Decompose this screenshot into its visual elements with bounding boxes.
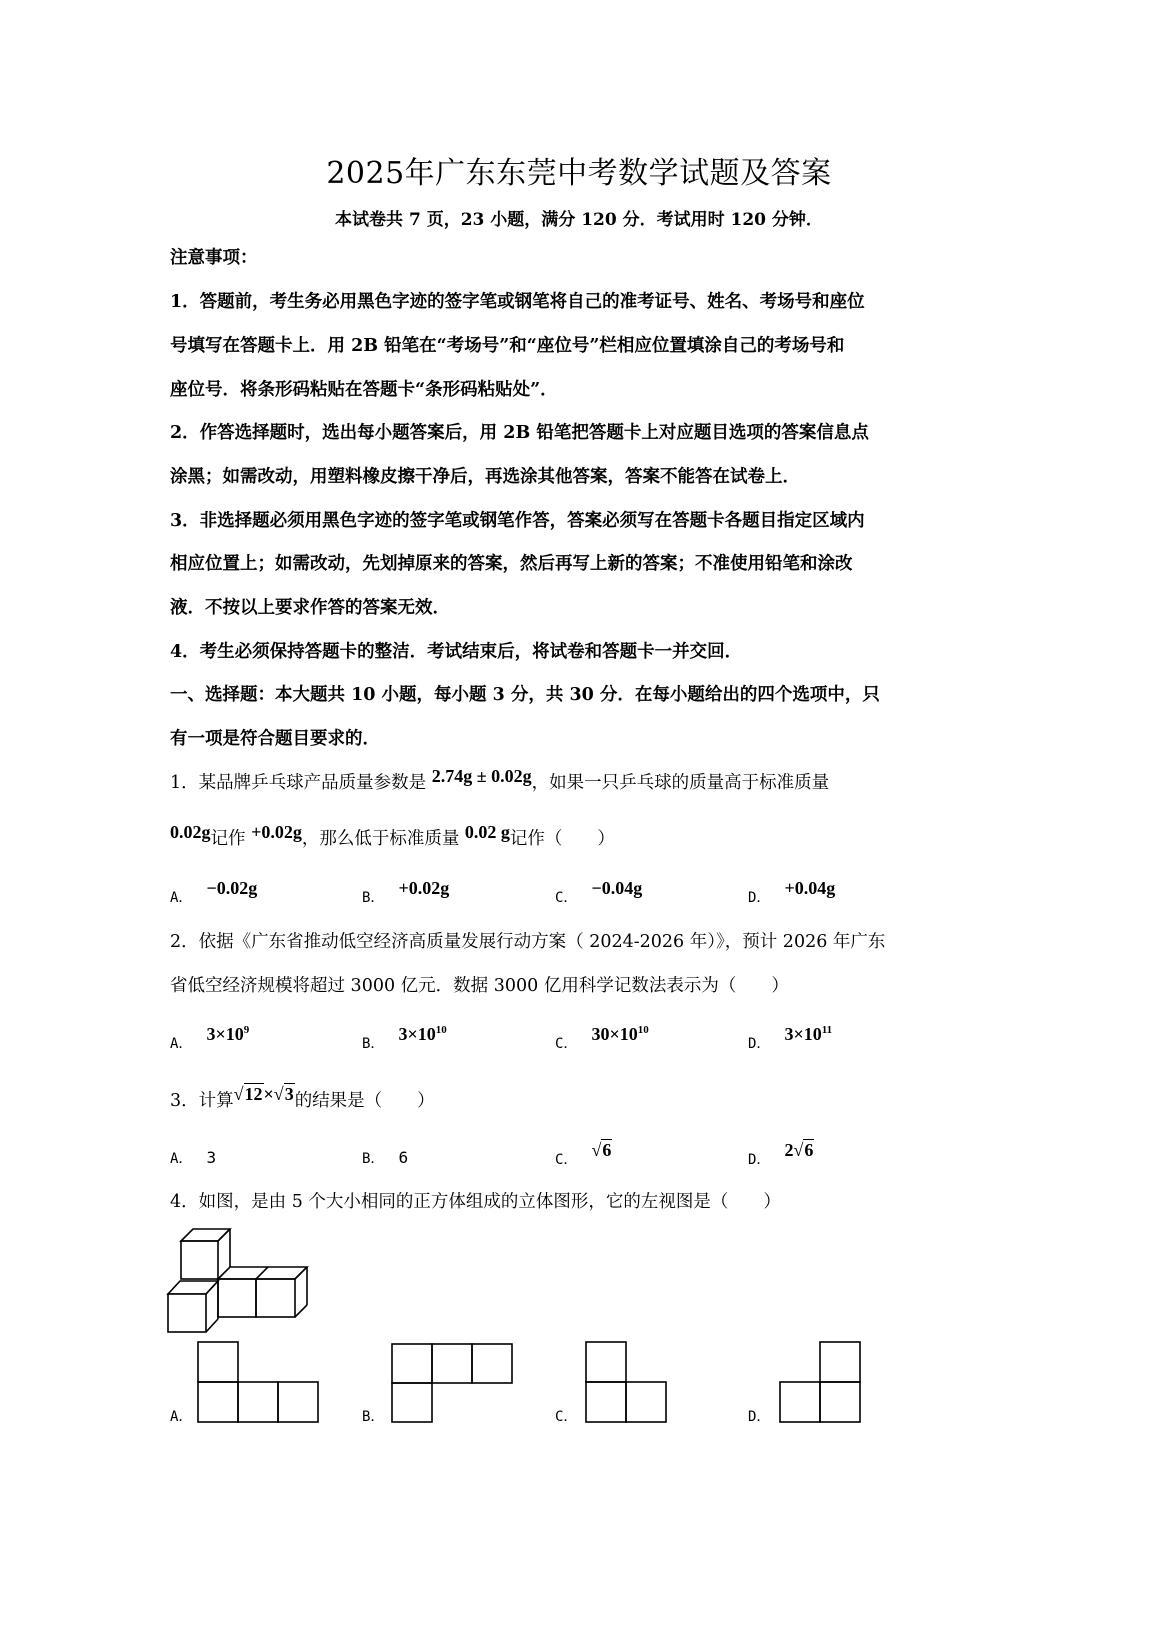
option-value: 2√6 xyxy=(784,1140,814,1160)
q4-option-d-figure xyxy=(778,1340,862,1424)
question-text: 某品牌乒乓球产品质量参数是 xyxy=(199,773,427,793)
option-value: √6 xyxy=(591,1140,612,1160)
question-number: 2． xyxy=(170,932,199,952)
option-value: 3 xyxy=(206,1148,216,1167)
option-value: 30×1010 xyxy=(591,1024,648,1044)
q2-option-c: C．30×1010 xyxy=(555,1032,649,1053)
question-number: 4． xyxy=(170,1192,199,1212)
option-label: C． xyxy=(555,1152,577,1168)
question-4: 4．如图，是由 5 个大小相同的正方体组成的立体图形，它的左视图是（ ） xyxy=(170,1190,781,1214)
option-label: A． xyxy=(170,1151,192,1167)
math-expression: 0.02 g xyxy=(465,822,510,842)
option-label: A． xyxy=(170,1036,192,1052)
q1-option-b: B．+0.02g xyxy=(362,886,449,907)
q3-option-d: D．2√6 xyxy=(748,1148,814,1169)
question-text: 记作（ ） xyxy=(510,829,615,849)
option-label: B． xyxy=(362,1409,384,1425)
option-label: D． xyxy=(748,1409,770,1425)
option-value: 3×1010 xyxy=(398,1024,446,1044)
q3-option-a: A．3 xyxy=(170,1148,216,1168)
option-value: +0.04g xyxy=(784,878,835,898)
notice-line: 号填写在答题卡上．用 2B 铅笔在“考场号”和“座位号”栏相应位置填涂自己的考场… xyxy=(170,334,844,358)
section-heading: 有一项是符合题目要求的． xyxy=(170,727,380,751)
q1-option-a: A．−0.02g xyxy=(170,886,257,907)
q3-option-c: C．√6 xyxy=(555,1148,612,1169)
question-text: 如图，是由 5 个大小相同的正方体组成的立体图形，它的左视图是（ ） xyxy=(199,1192,781,1212)
option-label: C． xyxy=(555,1036,577,1052)
question-2-line-2: 省低空经济规模将超过 3000 亿元．数据 3000 亿用科学记数法表示为（ ） xyxy=(170,974,789,998)
q2-option-d: D．3×1011 xyxy=(748,1032,832,1053)
option-value: 6 xyxy=(398,1148,408,1167)
document-title: 2025年广东东莞中考数学试题及答案 xyxy=(0,148,1158,192)
document-subtitle: 本试卷共 7 页，23 小题，满分 120 分．考试用时 120 分钟． xyxy=(0,205,1158,230)
q2-option-a: A．3×109 xyxy=(170,1032,249,1053)
notice-line: 1．答题前，考生务必用黑色字迹的签字笔或钢笔将自己的准考证号、姓名、考场号和座位 xyxy=(170,290,865,314)
notice-heading: 注意事项： xyxy=(170,246,258,270)
notice-line: 液．不按以上要求作答的答案无效． xyxy=(170,596,450,620)
option-label: D． xyxy=(748,1036,770,1052)
question-3: 3．计算√12×√3的结果是（ ） xyxy=(170,1088,435,1113)
section-heading: 一、选择题：本大题共 10 小题，每小题 3 分，共 30 分．在每小题给出的四… xyxy=(170,683,880,707)
option-label: B． xyxy=(362,1151,384,1167)
notice-line: 2．作答选择题时，选出每小题答案后，用 2B 铅笔把答题卡上对应题目选项的答案信… xyxy=(170,421,869,445)
question-text: ，那么低于标准质量 xyxy=(302,829,460,849)
option-value: +0.02g xyxy=(398,878,449,898)
question-1-line-2: 0.02g记作 +0.02g，那么低于标准质量 0.02 g记作（ ） xyxy=(170,826,615,851)
q4-option-b-figure xyxy=(390,1342,514,1424)
question-text: ，如果一只乒乓球的质量高于标准质量 xyxy=(532,773,830,793)
option-label: D． xyxy=(748,890,770,906)
option-label: B． xyxy=(362,890,384,906)
question-text: 的结果是（ ） xyxy=(295,1091,435,1111)
notice-line: 4．考生必须保持答题卡的整洁．考试结束后，将试卷和答题卡一并交回． xyxy=(170,640,742,664)
question-number: 1． xyxy=(170,773,199,793)
notice-line: 座位号．将条形码粘贴在答题卡“条形码粘贴处”． xyxy=(170,378,558,402)
math-expression: +0.02g xyxy=(251,822,302,842)
option-value: −0.04g xyxy=(591,878,642,898)
cube-solid-figure xyxy=(165,1228,310,1336)
question-text: 依据《广东省推动低空经济高质量发展行动方案（ 2024-2026 年）》，预计 … xyxy=(199,932,886,952)
option-label: C． xyxy=(555,1409,577,1425)
math-expression: 0.02g xyxy=(170,822,211,842)
option-label: A． xyxy=(170,1409,192,1425)
q4-option-c-figure xyxy=(584,1340,668,1424)
notice-line: 3．非选择题必须用黑色字迹的签字笔或钢笔作答，答案必须写在答题卡各题目指定区域内 xyxy=(170,509,865,533)
option-label: D． xyxy=(748,1152,770,1168)
option-label: A． xyxy=(170,890,192,906)
q1-option-d: D．+0.04g xyxy=(748,886,835,907)
question-number: 3． xyxy=(170,1091,199,1111)
question-text: 计算 xyxy=(199,1091,234,1111)
q2-option-b: B．3×1010 xyxy=(362,1032,447,1053)
q4-option-a-figure xyxy=(196,1340,320,1424)
option-value: −0.02g xyxy=(206,878,257,898)
question-2-line-1: 2．依据《广东省推动低空经济高质量发展行动方案（ 2024-2026 年）》，预… xyxy=(170,930,885,954)
q3-option-b: B．6 xyxy=(362,1148,408,1168)
option-value: 3×1011 xyxy=(784,1024,832,1044)
option-value: 3×109 xyxy=(206,1024,249,1044)
option-label: B． xyxy=(362,1036,384,1052)
exam-page: 2025年广东东莞中考数学试题及答案 本试卷共 7 页，23 小题，满分 120… xyxy=(0,0,1158,1638)
math-expression: 2.74g ± 0.02g xyxy=(432,766,532,786)
math-expression: √12×√3 xyxy=(234,1084,295,1104)
notice-line: 涂黑；如需改动，用塑料橡皮擦干净后，再选涂其他答案，答案不能答在试卷上． xyxy=(170,465,800,489)
question-text: 记作 xyxy=(211,829,246,849)
notice-line: 相应位置上；如需改动，先划掉原来的答案，然后再写上新的答案；不准使用铅笔和涂改 xyxy=(170,552,853,576)
option-label: C． xyxy=(555,890,577,906)
question-1-line-1: 1．某品牌乒乓球产品质量参数是 2.74g ± 0.02g，如果一只乒乓球的质量… xyxy=(170,770,829,795)
q1-option-c: C．−0.04g xyxy=(555,886,642,907)
